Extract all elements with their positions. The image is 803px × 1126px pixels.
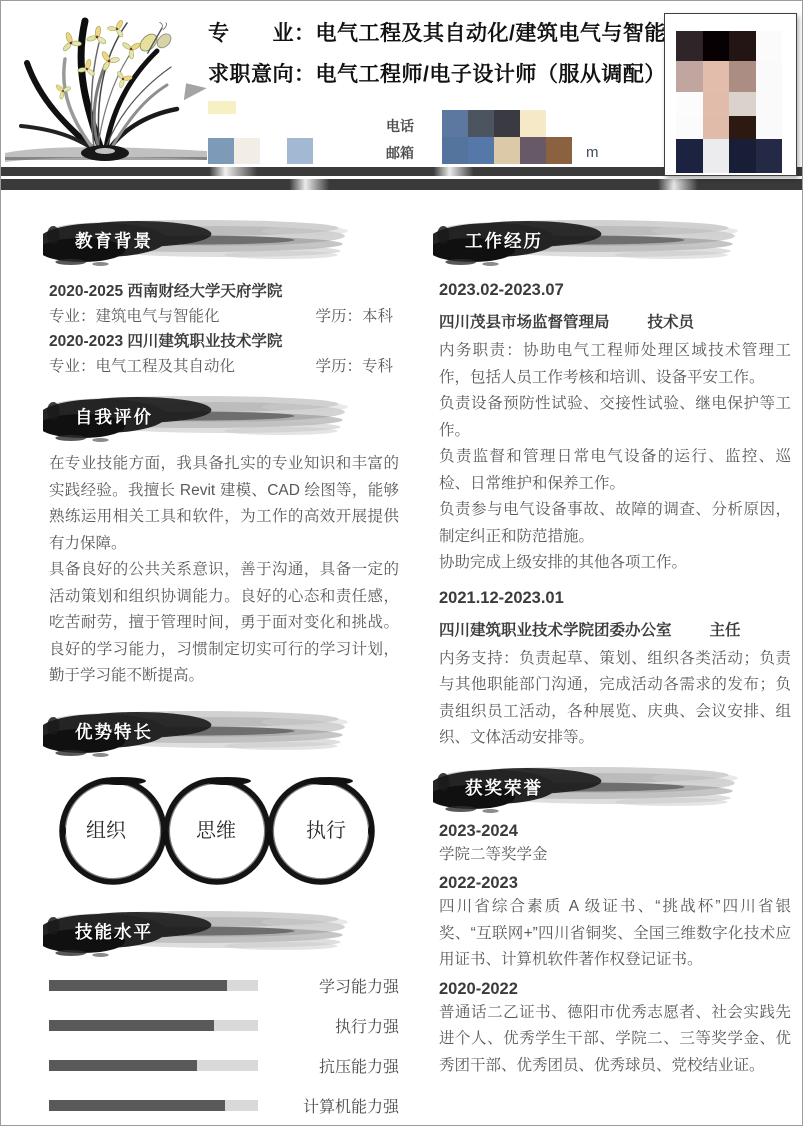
section-header-awards: 获奖荣誉 [439, 760, 791, 816]
skill-row: 抗压能力强 [49, 1054, 399, 1077]
contact-email-row: 邮箱 m [386, 139, 599, 166]
photo-pixel [756, 116, 783, 139]
skill-label: 执行力强 [258, 1014, 399, 1037]
self-eval-paragraphs: 在专业技能方面，我具备扎实的专业知识和丰富的实践经验。我擅长 Revit 建模、… [49, 451, 399, 690]
photo-pixel [756, 31, 783, 61]
work-org: 四川建筑职业技术学院团委办公室 [439, 622, 672, 639]
edu-item: 2020-2023 四川建筑职业技术学院专业：电气工程及其自动化学历：专科 [49, 329, 399, 379]
award-text: 普通话二乙证书、德阳市优秀志愿者、社会实践先进个人、优秀学生干部、学院二、三等奖… [439, 1000, 791, 1080]
title-block: 专 业：电气工程及其自动化/建筑电气与智能化 求职意向：电气工程师/电子设计师（… [208, 13, 668, 95]
award-period: 2020-2022 [439, 980, 791, 999]
work-role: 主任 [710, 622, 741, 639]
section-title: 优势特长 [75, 719, 153, 744]
skill-bar-track [49, 1060, 258, 1071]
contact-block: 电话 邮箱 m [386, 112, 599, 166]
self-eval-paragraph: 具备良好的公共关系意识，善于沟通，具备一定的活动策划和组织协调能力。良好的心态和… [49, 557, 399, 690]
mosaic-block [520, 137, 546, 164]
strength-circles: 组织思维执行 [51, 768, 383, 894]
work-period: 2023.02-2023.07 [439, 281, 791, 300]
photo [664, 13, 797, 176]
work-entries: 2023.02-2023.07四川茂县市场监督管理局技术员内务职责：协助电气工程… [439, 281, 791, 752]
edu-degree: 学历：专科 [315, 354, 393, 379]
info-mosaic [208, 138, 328, 164]
mosaic-block [208, 138, 234, 164]
section-header-education: 教育背景 [49, 213, 399, 269]
photo-pixel [756, 92, 783, 115]
photo-pixel [676, 116, 703, 139]
phone-label: 电话 [386, 116, 442, 136]
ink-divider-bottom-bar [1, 179, 802, 190]
skill-bar-fill [49, 1100, 225, 1111]
photo-pixel [756, 139, 783, 173]
work-org: 四川茂县市场监督管理局 [439, 314, 610, 331]
skill-bar-track [49, 1020, 258, 1031]
work-entry: 2021.12-2023.01四川建筑职业技术学院团委办公室主任内务支持：负责起… [439, 589, 791, 752]
mosaic-block [442, 110, 468, 137]
mosaic-block [494, 137, 520, 164]
skill-label: 抗压能力强 [258, 1054, 399, 1077]
section-header-strengths: 优势特长 [49, 704, 399, 760]
mosaic-block [468, 137, 494, 164]
email-suffix: m [586, 144, 599, 161]
section-header-self-evaluation: 自我评价 [49, 389, 399, 445]
right-column: 工作经历 2023.02-2023.07四川茂县市场监督管理局技术员内务职责：协… [439, 213, 791, 1079]
orchid-ink-illustration [5, 5, 207, 175]
work-period: 2021.12-2023.01 [439, 589, 791, 608]
photo-grid [676, 31, 782, 173]
edu-line: 2020-2025 西南财经大学天府学院 [49, 279, 399, 304]
photo-pixel [703, 116, 730, 139]
strength-circle-label: 思维 [161, 768, 271, 894]
section-title: 获奖荣誉 [465, 775, 543, 800]
email-mosaic [442, 137, 572, 169]
photo-pixel [729, 31, 756, 61]
edu-degree: 学历：本科 [315, 304, 393, 329]
section-title: 自我评价 [75, 404, 153, 429]
education-items: 2020-2025 西南财经大学天府学院专业：建筑电气与智能化学历：本科2020… [49, 279, 399, 379]
contact-phone-row: 电话 [386, 112, 599, 139]
photo-pixel [676, 61, 703, 92]
mosaic-block [494, 110, 520, 137]
section-title: 教育背景 [75, 228, 153, 253]
work-bullet: 负责设备预防性试验、交接性试验、继电保护等工作。 [439, 391, 791, 444]
section-header-work: 工作经历 [439, 213, 791, 269]
work-bullet: 负责监督和管理日常电气设备的运行、监控、巡检、日常维护和保养工作。 [439, 444, 791, 497]
skill-bar-fill [49, 1020, 214, 1031]
strength-circle-label: 执行 [271, 768, 381, 894]
photo-pixel [703, 139, 730, 173]
award-entries: 2023-2024学院二等奖学金2022-2023四川省综合素质 A 级证书、“… [439, 822, 791, 1080]
edu-line: 2020-2023 四川建筑职业技术学院 [49, 329, 399, 354]
photo-pixel [729, 139, 756, 173]
skill-bar-track [49, 1100, 258, 1111]
photo-pixel [729, 92, 756, 115]
work-org-row: 四川建筑职业技术学院团委办公室主任 [439, 618, 791, 640]
self-eval-paragraph: 在专业技能方面，我具备扎实的专业知识和丰富的实践经验。我擅长 Revit 建模、… [49, 451, 399, 557]
mosaic-block [546, 137, 572, 164]
skill-label: 计算机能力强 [258, 1094, 399, 1117]
mosaic-block [287, 138, 313, 164]
skill-label: 学习能力强 [258, 974, 399, 997]
photo-pixel [729, 116, 756, 139]
title-major-line: 专 业：电气工程及其自动化/建筑电气与智能化 [208, 13, 668, 54]
edu-item: 2020-2025 西南财经大学天府学院专业：建筑电气与智能化学历：本科 [49, 279, 399, 329]
photo-pixel [676, 31, 703, 61]
edu-major: 专业：电气工程及其自动化 [49, 354, 235, 379]
info-mosaic-small [208, 101, 236, 114]
photo-pixel [703, 31, 730, 61]
section-header-skills: 技能水平 [49, 904, 399, 960]
award-text: 四川省综合素质 A 级证书、“挑战杯”四川省银奖、“互联网+”四川省铜奖、全国三… [439, 894, 791, 974]
work-entry: 2023.02-2023.07四川茂县市场监督管理局技术员内务职责：协助电气工程… [439, 281, 791, 577]
mosaic-block [468, 110, 494, 137]
award-period: 2023-2024 [439, 822, 791, 841]
award-period: 2022-2023 [439, 874, 791, 893]
photo-pixel [676, 92, 703, 115]
strength-labels: 组织思维执行 [51, 768, 383, 894]
photo-pixel [703, 61, 730, 92]
skill-bar-fill [49, 980, 227, 991]
skill-row: 执行力强 [49, 1014, 399, 1037]
section-title: 工作经历 [465, 228, 543, 253]
section-title: 技能水平 [75, 919, 153, 944]
mosaic-block [234, 138, 260, 164]
photo-pixel [703, 92, 730, 115]
skill-bar-fill [49, 1060, 197, 1071]
skill-row: 计算机能力强 [49, 1094, 399, 1117]
edu-detail-row: 专业：建筑电气与智能化学历：本科 [49, 304, 399, 329]
work-bullet: 协助完成上级安排的其他各项工作。 [439, 550, 791, 577]
skill-rows: 学习能力强执行力强抗压能力强计算机能力强 [49, 974, 399, 1117]
left-column: 教育背景 2020-2025 西南财经大学天府学院专业：建筑电气与智能化学历：本… [49, 213, 399, 1126]
resume-sheet: 专 业：电气工程及其自动化/建筑电气与智能化 求职意向：电气工程师/电子设计师（… [0, 0, 803, 1126]
award-text: 学院二等奖学金 [439, 842, 791, 869]
work-bullet: 负责参与电气设备事故、故障的调查、分析原因，制定纠正和防范措施。 [439, 497, 791, 550]
edu-detail-row: 专业：电气工程及其自动化学历：专科 [49, 354, 399, 379]
skill-bar-track [49, 980, 258, 991]
work-org-row: 四川茂县市场监督管理局技术员 [439, 310, 791, 332]
photo-pixel [729, 61, 756, 92]
email-label: 邮箱 [386, 143, 442, 163]
edu-major: 专业：建筑电气与智能化 [49, 304, 220, 329]
mosaic-block [442, 137, 468, 164]
work-bullet: 内务支持：负责起草、策划、组织各类活动；负责与其他职能部门沟通，完成活动各需求的… [439, 646, 791, 752]
work-bullet: 内务职责：协助电气工程师处理区域技术管理工作，包括人员工作考核和培训、设备平安工… [439, 338, 791, 391]
title-intent-line: 求职意向：电气工程师/电子设计师（服从调配） [208, 54, 668, 95]
mosaic-block [520, 110, 546, 137]
photo-pixel [676, 139, 703, 173]
work-role: 技术员 [648, 314, 695, 331]
strength-circle-label: 组织 [51, 768, 161, 894]
photo-pixel [756, 61, 783, 92]
skill-row: 学习能力强 [49, 974, 399, 997]
resume-page: { "header": { "major_line": "专 业：电气工程及其自… [0, 0, 803, 1126]
